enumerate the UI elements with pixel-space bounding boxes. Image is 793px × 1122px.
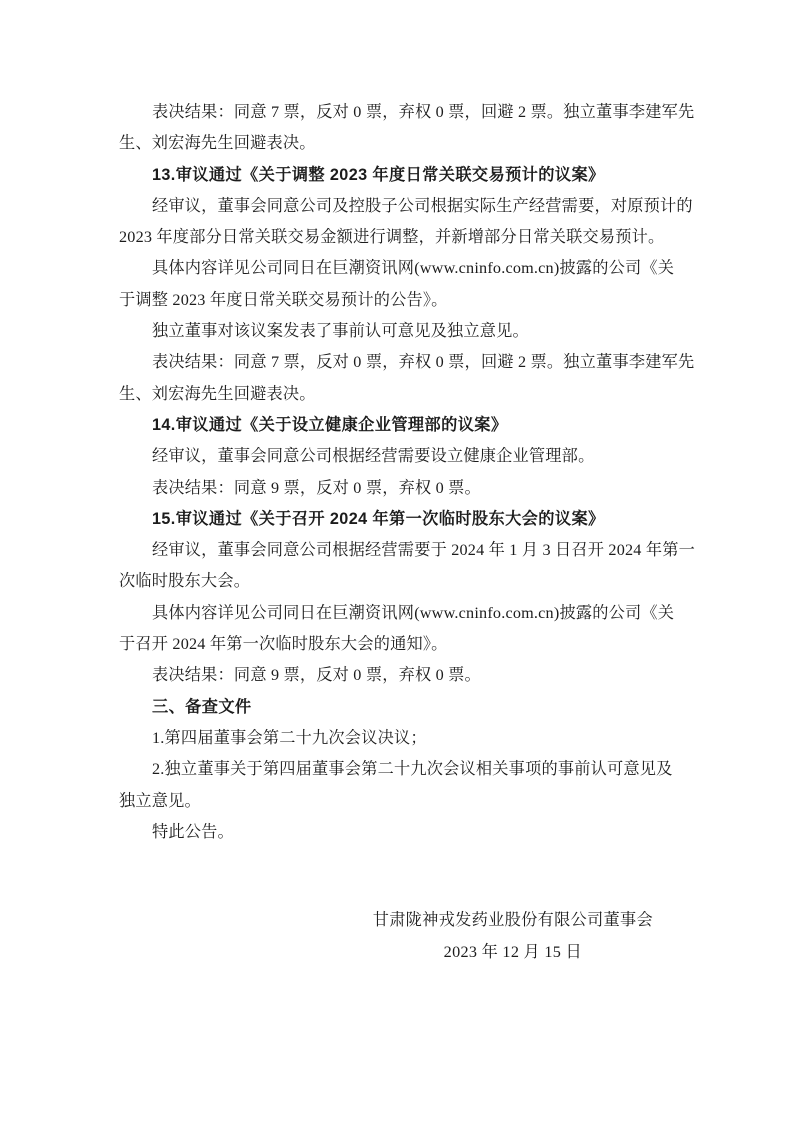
text-line: 次临时股东大会。 — [119, 566, 691, 597]
text-line: 于召开 2024 年第一次临时股东大会的通知》。 — [119, 629, 691, 660]
paragraph: 1.第四届董事会第二十九次会议决议； — [119, 723, 691, 754]
text-line: 经审议，董事会同意公司及控股子公司根据实际生产经营需要，对原预计的 — [119, 191, 691, 222]
paragraph: 表决结果：同意 9 票，反对 0 票，弃权 0 票。 — [119, 660, 691, 691]
paragraph: 经审议，董事会同意公司及控股子公司根据实际生产经营需要，对原预计的2023 年度… — [119, 191, 691, 254]
paragraph: 独立董事对该议案发表了事前认可意见及独立意见。 — [119, 316, 691, 347]
paragraph: 2.独立董事关于第四届董事会第二十九次会议相关事项的事前认可意见及独立意见。 — [119, 754, 691, 817]
section-heading: 15.审议通过《关于召开 2024 年第一次临时股东大会的议案》 — [119, 504, 691, 535]
paragraph: 具体内容详见公司同日在巨潮资讯网(www.cninfo.com.cn)披露的公司… — [119, 253, 691, 316]
text-line: 表决结果：同意 9 票，反对 0 票，弃权 0 票。 — [119, 660, 691, 691]
heading-line: 14.审议通过《关于设立健康企业管理部的议案》 — [119, 410, 691, 441]
document-body: 表决结果：同意 7 票，反对 0 票，弃权 0 票，回避 2 票。独立董事李建军… — [119, 97, 691, 848]
text-line: 特此公告。 — [119, 817, 691, 848]
text-line: 独立董事对该议案发表了事前认可意见及独立意见。 — [119, 316, 691, 347]
signature-date: 2023 年 12 月 15 日 — [373, 937, 653, 969]
heading-line: 13.审议通过《关于调整 2023 年度日常关联交易预计的议案》 — [119, 160, 691, 191]
text-line: 1.第四届董事会第二十九次会议决议； — [119, 723, 691, 754]
paragraph: 特此公告。 — [119, 817, 691, 848]
announcement-page: 表决结果：同意 7 票，反对 0 票，弃权 0 票，回避 2 票。独立董事李建军… — [0, 0, 793, 1122]
paragraph: 经审议，董事会同意公司根据经营需要于 2024 年 1 月 3 日召开 2024… — [119, 535, 691, 598]
text-line: 2023 年度部分日常关联交易金额进行调整，并新增部分日常关联交易预计。 — [119, 222, 691, 253]
text-line: 表决结果：同意 9 票，反对 0 票，弃权 0 票。 — [119, 473, 691, 504]
paragraph: 表决结果：同意 7 票，反对 0 票，弃权 0 票，回避 2 票。独立董事李建军… — [119, 347, 691, 410]
text-line: 表决结果：同意 7 票，反对 0 票，弃权 0 票，回避 2 票。独立董事李建军… — [119, 347, 691, 378]
text-line: 经审议，董事会同意公司根据经营需要于 2024 年 1 月 3 日召开 2024… — [119, 535, 691, 566]
text-line: 生、刘宏海先生回避表决。 — [119, 128, 691, 159]
section-heading: 14.审议通过《关于设立健康企业管理部的议案》 — [119, 410, 691, 441]
text-line: 生、刘宏海先生回避表决。 — [119, 379, 691, 410]
paragraph: 表决结果：同意 9 票，反对 0 票，弃权 0 票。 — [119, 473, 691, 504]
text-line: 具体内容详见公司同日在巨潮资讯网(www.cninfo.com.cn)披露的公司… — [119, 598, 691, 629]
text-line: 具体内容详见公司同日在巨潮资讯网(www.cninfo.com.cn)披露的公司… — [119, 253, 691, 284]
heading-line: 三、备查文件 — [119, 692, 691, 723]
text-line: 独立意见。 — [119, 786, 691, 817]
text-line: 于调整 2023 年度日常关联交易预计的公告》。 — [119, 285, 691, 316]
signature-block: 甘肃陇神戎发药业股份有限公司董事会 2023 年 12 月 15 日 — [373, 905, 653, 968]
paragraph: 经审议，董事会同意公司根据经营需要设立健康企业管理部。 — [119, 441, 691, 472]
paragraph: 表决结果：同意 7 票，反对 0 票，弃权 0 票，回避 2 票。独立董事李建军… — [119, 97, 691, 160]
text-line: 经审议，董事会同意公司根据经营需要设立健康企业管理部。 — [119, 441, 691, 472]
text-line: 表决结果：同意 7 票，反对 0 票，弃权 0 票，回避 2 票。独立董事李建军… — [119, 97, 691, 128]
signature-company: 甘肃陇神戎发药业股份有限公司董事会 — [373, 905, 653, 937]
section-heading: 13.审议通过《关于调整 2023 年度日常关联交易预计的议案》 — [119, 160, 691, 191]
heading-line: 15.审议通过《关于召开 2024 年第一次临时股东大会的议案》 — [119, 504, 691, 535]
section-heading: 三、备查文件 — [119, 692, 691, 723]
paragraph: 具体内容详见公司同日在巨潮资讯网(www.cninfo.com.cn)披露的公司… — [119, 598, 691, 661]
text-line: 2.独立董事关于第四届董事会第二十九次会议相关事项的事前认可意见及 — [119, 754, 691, 785]
